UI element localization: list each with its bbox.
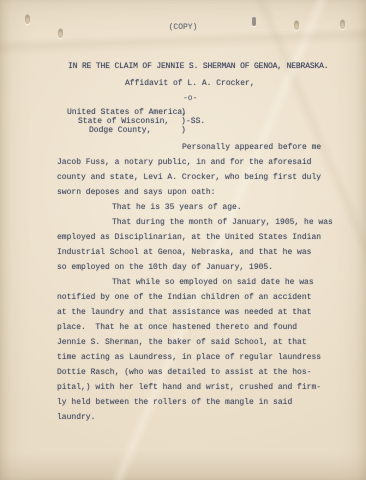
paragraph-line: laundry.	[57, 410, 337, 425]
paragraph-line: pital,) with her left hand and wrist, cr…	[57, 380, 337, 395]
venue-brace: )	[181, 108, 186, 117]
paragraph-line: That while so employed on said date he w…	[57, 275, 337, 290]
document-title: IN RE THE CLAIM OF JENNIE S. SHERMAN OF …	[68, 62, 328, 72]
paragraph-line: Personally appeared before me	[57, 140, 337, 155]
paragraph-line: That during the month of January, 1905, …	[57, 215, 337, 230]
paragraph-line: Jennie S. Sherman, the baker of said Sch…	[57, 335, 337, 350]
venue-line: State of Wisconsin, ) -SS.	[0, 117, 366, 126]
paragraph: Personally appeared before meJacob Fuss,…	[57, 140, 337, 200]
venue-ss-suffix: -SS.	[186, 117, 205, 126]
paragraph-line: county and state, Levi A. Crocker, who b…	[57, 170, 337, 185]
paragraph: That he is 35 years of age.	[57, 200, 337, 215]
venue-block: United States of America, ) State of Wis…	[0, 108, 366, 135]
paragraph: That during the month of January, 1905, …	[57, 215, 337, 275]
paragraph-line: ly held between the rollers of the mangl…	[57, 395, 337, 410]
paragraph-line: Dottie Rasch, (who was detailed to assis…	[57, 365, 337, 380]
venue-county: Dodge County,	[89, 126, 151, 135]
paragraph-line: employed as Disciplinarian, at the Unite…	[57, 230, 337, 245]
paragraph-line: place. That he at once hastened thereto …	[57, 320, 337, 335]
document-subtitle: Affidavit of L. A. Crocker,	[125, 79, 255, 89]
venue-state: State of Wisconsin,	[78, 117, 169, 126]
separator-mark: -o-	[183, 94, 197, 104]
paragraph-line: at the laundry and that assistance was n…	[57, 305, 337, 320]
venue-line: United States of America, )	[0, 108, 366, 117]
venue-brace: )	[181, 126, 186, 135]
paragraph: That while so employed on said date he w…	[57, 275, 337, 425]
venue-country: United States of America,	[67, 108, 187, 117]
copy-label: (COPY)	[0, 23, 366, 33]
paragraph-line: Jacob Fuss, a notary public, in and for …	[57, 155, 337, 170]
scanned-affidavit-page: (COPY) IN RE THE CLAIM OF JENNIE S. SHER…	[0, 0, 366, 480]
paragraph-line: notified by one of the Indian children o…	[57, 290, 337, 305]
paragraph-line: Industrial School at Genoa, Nebraska, an…	[57, 245, 337, 260]
paragraph-line: time acting as Laundress, in place of re…	[57, 350, 337, 365]
paragraph-line: sworn deposes and says upon oath:	[57, 185, 337, 200]
body-paragraphs: Personally appeared before meJacob Fuss,…	[57, 140, 337, 425]
paragraph-line: so employed on the 10th day of January, …	[57, 260, 337, 275]
venue-line: Dodge County, )	[0, 126, 366, 135]
paragraph-line: That he is 35 years of age.	[57, 200, 337, 215]
